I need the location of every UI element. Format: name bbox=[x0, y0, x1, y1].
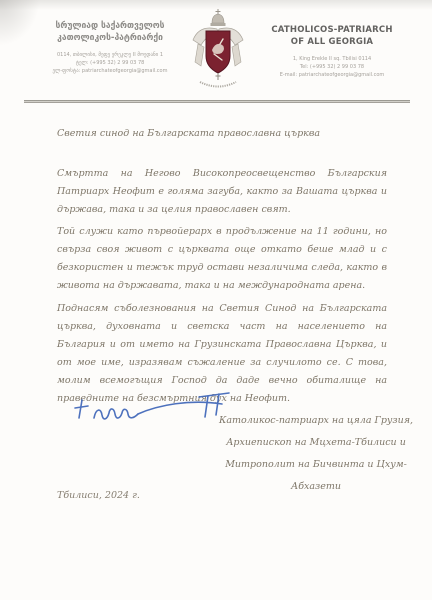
english-title-line2: OF ALL GEORGIA bbox=[248, 36, 416, 48]
header-english-block: CATHOLICOS-PATRIARCH OF ALL GEORGIA 1, K… bbox=[248, 24, 416, 79]
paragraph-1: Смъртта на Негово Високопреосвещенство Б… bbox=[57, 165, 387, 219]
georgian-title-line1: სრულიად საქართველოს bbox=[28, 20, 192, 32]
coat-of-arms-emblem bbox=[191, 8, 245, 100]
signoff-line-1: Католикос-патриарх на цяла Грузия, bbox=[214, 410, 418, 432]
dateline: Тбилиси, 2024 г. bbox=[57, 490, 140, 501]
signoff-line-2: Архиепископ на Мцхета-Тбилиси и bbox=[214, 432, 418, 454]
salutation-line: Светия синод на Българската православна … bbox=[57, 128, 320, 139]
signoff-line-3: Митрополит на Бичвинта и Цхум-Абхазети bbox=[214, 454, 418, 498]
header-divider-rule bbox=[24, 100, 410, 103]
georgian-email: ელ-ფოსტა: patriarchateofgeorgia@gmail.co… bbox=[28, 67, 192, 75]
signoff-block: Католикос-патриарх на цяла Грузия, Архие… bbox=[214, 410, 418, 498]
paragraph-2: Той служи като първойерарх в продължение… bbox=[57, 223, 387, 295]
georgian-phone: ტელ: (+995 32) 2 99 03 78 bbox=[28, 59, 192, 67]
georgian-title-line2: კათოლიკოს-პატრიარქი bbox=[28, 32, 192, 44]
english-address: 1, King Erekle II sq. Tbilisi 0114 bbox=[248, 55, 416, 63]
header-georgian-block: სრულიად საქართველოს კათოლიკოს-პატრიარქი … bbox=[28, 20, 192, 75]
english-email: E-mail: patriarchateofgeorgia@gmail.com bbox=[248, 71, 416, 79]
english-phone: Tel: (+995 32) 2 99 03 78 bbox=[248, 63, 416, 71]
georgian-address: 0114, თბილისი, მეფე ერეკლე II მოედანი 1 bbox=[28, 51, 192, 59]
english-title-line1: CATHOLICOS-PATRIARCH bbox=[248, 24, 416, 36]
coat-of-arms-icon bbox=[191, 8, 245, 100]
letter-page: სრულიად საქართველოს კათოლიკოს-პატრიარქი … bbox=[0, 0, 432, 600]
